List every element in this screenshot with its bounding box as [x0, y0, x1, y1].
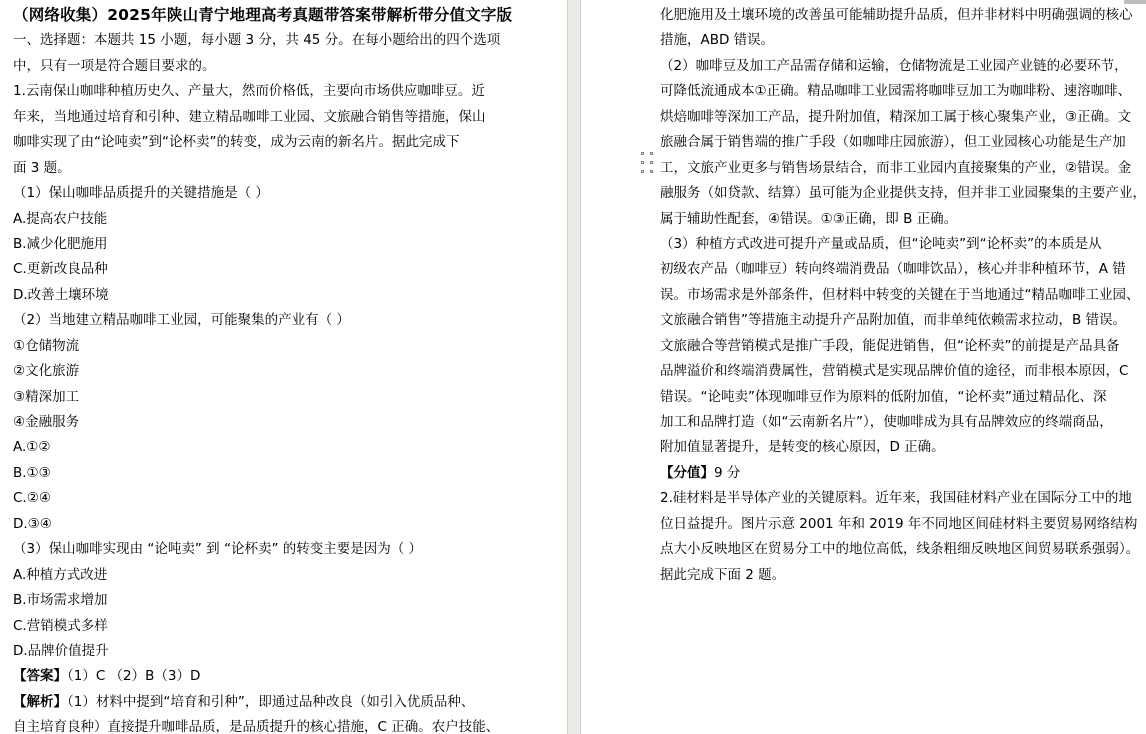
text-line: 咖啡实现了由“论吨卖”到“论杯卖”的转变，成为云南的新名片。据此完成下	[13, 130, 469, 155]
line-text: C.更新改良品种	[13, 261, 108, 277]
text-line: C.②④	[13, 486, 469, 511]
text-line: 年来，当地通过培育和引种、建立精品咖啡工业园、文旅融合销售等措施，保山	[13, 105, 469, 130]
text-line: 可降低流通成本①正确。精品咖啡工业园需将咖啡豆加工为咖啡粉、速溶咖啡、	[660, 79, 1138, 104]
text-line: 文旅融合等营销模式是推广手段，能促进销售，但“论杯卖”的前提是产品具备	[660, 334, 1138, 359]
line-text: 初级农产品（咖啡豆）转向终端消费品（咖啡饮品），核心并非种植环节，A 错	[660, 261, 1126, 277]
text-line: 【分值】9 分	[660, 461, 1138, 486]
line-text: 9 分	[714, 465, 740, 481]
drag-handle-dot	[641, 152, 644, 155]
line-text: 融服务（如贷款、结算）虽可能为企业提供支持，但并非工业园聚集的主要产业，	[660, 185, 1146, 201]
line-text: 错误。“论吨卖”体现咖啡豆作为原料的低附加值，“论杯卖”通过精品化、深	[660, 389, 1106, 405]
text-line: 化肥施用及土壤环境的改善虽可能辅助提升品质，但并非材料中明确强调的核心	[660, 3, 1138, 28]
line-text: 附加值显著提升，是转变的核心原因，D 正确。	[660, 439, 945, 455]
line-text: C.营销模式多样	[13, 618, 108, 634]
text-line: 旅融合属于销售端的推广手段（如咖啡庄园旅游），但工业园核心功能是生产加	[660, 130, 1138, 155]
line-text: （2）咖啡豆及加工产品需存储和运输，仓储物流是工业园产业链的必要环节，	[660, 58, 1128, 74]
text-line: 附加值显著提升，是转变的核心原因，D 正确。	[660, 435, 1138, 460]
text-line: B.市场需求增加	[13, 588, 469, 613]
bold-label: 【答案】	[13, 668, 67, 684]
line-text: A.提高农户技能	[13, 211, 107, 227]
drag-handle-dot	[650, 152, 653, 155]
line-text: 文旅融合等营销模式是推广手段，能促进销售，但“论杯卖”的前提是产品具备	[660, 338, 1120, 354]
text-line: （2）当地建立精品咖啡工业园，可能聚集的产业有（ ）	[13, 308, 469, 333]
line-text: ③精深加工	[13, 389, 79, 405]
line-text: 烘焙咖啡等深加工产品，提升附加值，精深加工属于核心聚集产业，③正确。文	[660, 109, 1131, 125]
text-line: B.①③	[13, 461, 469, 486]
text-line: D.③④	[13, 512, 469, 537]
line-text: （2）当地建立精品咖啡工业园，可能聚集的产业有（ ）	[13, 312, 350, 328]
line-text: （3）保山咖啡实现由 “论吨卖” 到 “论杯卖” 的转变主要是因为（ ）	[13, 541, 422, 557]
line-text: 中，只有一项是符合题目要求的。	[13, 58, 216, 74]
line-text: 品牌溢价和终端消费属性，营销模式是实现品牌价值的途径，而非根本原因，C	[660, 363, 1128, 379]
line-text: C.②④	[13, 490, 51, 506]
document-viewer: （网络收集）2025年陕山青宁地理高考真题带答案带解析带分值文字版 一、选择题：…	[0, 0, 1146, 734]
line-text: ①仓储物流	[13, 338, 79, 354]
text-line: 2.硅材料是半导体产业的关键原料。近年来，我国硅材料产业在国际分工中的地	[660, 486, 1138, 511]
drag-handle-dot	[641, 170, 644, 173]
line-text: 措施，ABD 错误。	[660, 32, 774, 48]
text-line: （1）保山咖啡品质提升的关键措施是（ ）	[13, 181, 469, 206]
page-left: （网络收集）2025年陕山青宁地理高考真题带答案带解析带分值文字版 一、选择题：…	[0, 0, 567, 734]
text-line: 文旅融合销售”等措施主动提升产品附加值，而非单纯依赖需求拉动，B 错误。	[660, 308, 1138, 333]
text-line: C.营销模式多样	[13, 614, 469, 639]
line-text: 2.硅材料是半导体产业的关键原料。近年来，我国硅材料产业在国际分工中的地	[660, 490, 1132, 506]
line-text: 属于辅助性配套，④错误。①③正确，即 B 正确。	[660, 211, 957, 227]
text-line: 一、选择题：本题共 15 小题，每小题 3 分，共 45 分。在每小题给出的四个…	[13, 28, 469, 53]
text-line: 措施，ABD 错误。	[660, 28, 1138, 53]
line-text: 可降低流通成本①正确。精品咖啡工业园需将咖啡豆加工为咖啡粉、速溶咖啡、	[660, 83, 1131, 99]
line-text: ④金融服务	[13, 414, 79, 430]
text-line: 点大小反映地区在贸易分工中的地位高低，线条粗细反映地区间贸易联系强弱）。	[660, 537, 1138, 562]
text-line: A.种植方式改进	[13, 563, 469, 588]
line-text: 工，文旅产业更多与销售场景结合，而非工业园内直接聚集的产业，②错误。金	[660, 160, 1131, 176]
text-line: （2）咖啡豆及加工产品需存储和运输，仓储物流是工业园产业链的必要环节，	[660, 54, 1138, 79]
line-text: ②文化旅游	[13, 363, 79, 379]
line-text: 自主培育良种）直接提升咖啡品质，是品质提升的核心措施，C 正确。农户技能、	[13, 719, 499, 734]
text-line: 据此完成下面 2 题。	[660, 563, 1138, 588]
text-line: ③精深加工	[13, 385, 469, 410]
line-text: A.种植方式改进	[13, 567, 107, 583]
line-text: （1）C （2）B（3）D	[67, 668, 200, 684]
page-right: 化肥施用及土壤环境的改善虽可能辅助提升品质，但并非材料中明确强调的核心措施，AB…	[581, 0, 1146, 734]
line-text: 误。市场需求是外部条件，但材料中转变的关键在于当地通过“精品咖啡工业园、	[660, 287, 1140, 303]
drag-handle-dot	[650, 170, 653, 173]
line-text: B.减少化肥施用	[13, 236, 108, 252]
page-right-lines: 化肥施用及土壤环境的改善虽可能辅助提升品质，但并非材料中明确强调的核心措施，AB…	[660, 3, 1138, 588]
text-line: 品牌溢价和终端消费属性，营销模式是实现品牌价值的途径，而非根本原因，C	[660, 359, 1138, 384]
document-title: （网络收集）2025年陕山青宁地理高考真题带答案带解析带分值文字版	[13, 3, 469, 28]
line-text: 加工和品牌打造（如“云南新名片”），使咖啡成为具有品牌效应的终端商品，	[660, 414, 1113, 430]
text-line: 中，只有一项是符合题目要求的。	[13, 54, 469, 79]
page-left-content: （网络收集）2025年陕山青宁地理高考真题带答案带解析带分值文字版 一、选择题：…	[0, 0, 469, 734]
text-line: D.改善土壤环境	[13, 283, 469, 308]
text-line: （3）保山咖啡实现由 “论吨卖” 到 “论杯卖” 的转变主要是因为（ ）	[13, 537, 469, 562]
text-line: B.减少化肥施用	[13, 232, 469, 257]
line-text: 面 3 题。	[13, 160, 71, 176]
text-line: 属于辅助性配套，④错误。①③正确，即 B 正确。	[660, 207, 1138, 232]
text-line: 加工和品牌打造（如“云南新名片”），使咖啡成为具有品牌效应的终端商品，	[660, 410, 1138, 435]
text-line: D.品牌价值提升	[13, 639, 469, 664]
text-line: 融服务（如贷款、结算）虽可能为企业提供支持，但并非工业园聚集的主要产业，	[660, 181, 1138, 206]
text-line: 工，文旅产业更多与销售场景结合，而非工业园内直接聚集的产业，②错误。金	[660, 156, 1138, 181]
line-text: A.①②	[13, 439, 51, 455]
text-line: A.提高农户技能	[13, 207, 469, 232]
page-left-lines: 一、选择题：本题共 15 小题，每小题 3 分，共 45 分。在每小题给出的四个…	[13, 28, 469, 734]
line-text: 旅融合属于销售端的推广手段（如咖啡庄园旅游），但工业园核心功能是生产加	[660, 134, 1126, 150]
line-text: 点大小反映地区在贸易分工中的地位高低，线条粗细反映地区间贸易联系强弱）。	[660, 541, 1139, 557]
line-text: 位日益提升。图片示意 2001 年和 2019 年不同地区间硅材料主要贸易网络结…	[660, 516, 1146, 532]
text-line: 烘焙咖啡等深加工产品，提升附加值，精深加工属于核心聚集产业，③正确。文	[660, 105, 1138, 130]
line-text: （1）材料中提到“培育和引种”，即通过品种改良（如引入优质品种、	[67, 694, 474, 710]
line-text: B.市场需求增加	[13, 592, 108, 608]
drag-handle-icon[interactable]	[641, 152, 653, 173]
drag-handle-dot	[641, 161, 644, 164]
line-text: B.①③	[13, 465, 51, 481]
line-text: 一、选择题：本题共 15 小题，每小题 3 分，共 45 分。在每小题给出的四个…	[13, 32, 500, 48]
text-line: 【答案】（1）C （2）B（3）D	[13, 664, 469, 689]
scrollbar-top-fragment[interactable]	[1124, 0, 1146, 4]
line-text: （1）保山咖啡品质提升的关键措施是（ ）	[13, 185, 269, 201]
bold-label: 【分值】	[660, 465, 714, 481]
line-text: 年来，当地通过培育和引种、建立精品咖啡工业园、文旅融合销售等措施，保山	[13, 109, 486, 125]
text-line: 面 3 题。	[13, 156, 469, 181]
text-line: 位日益提升。图片示意 2001 年和 2019 年不同地区间硅材料主要贸易网络结…	[660, 512, 1138, 537]
text-line: 初级农产品（咖啡豆）转向终端消费品（咖啡饮品），核心并非种植环节，A 错	[660, 257, 1138, 282]
line-text: 化肥施用及土壤环境的改善虽可能辅助提升品质，但并非材料中明确强调的核心	[660, 7, 1133, 23]
text-line: 误。市场需求是外部条件，但材料中转变的关键在于当地通过“精品咖啡工业园、	[660, 283, 1138, 308]
line-text: D.③④	[13, 516, 52, 532]
text-line: 1.云南保山咖啡种植历史久、产量大，然而价格低，主要向市场供应咖啡豆。近	[13, 79, 469, 104]
page-divider	[567, 0, 581, 734]
text-line: 错误。“论吨卖”体现咖啡豆作为原料的低附加值，“论杯卖”通过精品化、深	[660, 385, 1138, 410]
text-line: （3）种植方式改进可提升产量或品质，但“论吨卖”到“论杯卖”的本质是从	[660, 232, 1138, 257]
text-line: ②文化旅游	[13, 359, 469, 384]
line-text: D.改善土壤环境	[13, 287, 109, 303]
text-line: 【解析】（1）材料中提到“培育和引种”，即通过品种改良（如引入优质品种、	[13, 690, 469, 715]
line-text: D.品牌价值提升	[13, 643, 109, 659]
text-line: ①仓储物流	[13, 334, 469, 359]
line-text: 1.云南保山咖啡种植历史久、产量大，然而价格低，主要向市场供应咖啡豆。近	[13, 83, 485, 99]
drag-handle-dot	[650, 161, 653, 164]
page-right-content: 化肥施用及土壤环境的改善虽可能辅助提升品质，但并非材料中明确强调的核心措施，AB…	[581, 0, 1138, 588]
text-line: C.更新改良品种	[13, 257, 469, 282]
line-text: 咖啡实现了由“论吨卖”到“论杯卖”的转变，成为云南的新名片。据此完成下	[13, 134, 459, 150]
text-line: ④金融服务	[13, 410, 469, 435]
line-text: 据此完成下面 2 题。	[660, 567, 785, 583]
text-line: A.①②	[13, 435, 469, 460]
line-text: 文旅融合销售”等措施主动提升产品附加值，而非单纯依赖需求拉动，B 错误。	[660, 312, 1126, 328]
text-line: 自主培育良种）直接提升咖啡品质，是品质提升的核心措施，C 正确。农户技能、	[13, 715, 469, 734]
line-text: （3）种植方式改进可提升产量或品质，但“论吨卖”到“论杯卖”的本质是从	[660, 236, 1102, 252]
bold-label: 【解析】	[13, 694, 67, 710]
